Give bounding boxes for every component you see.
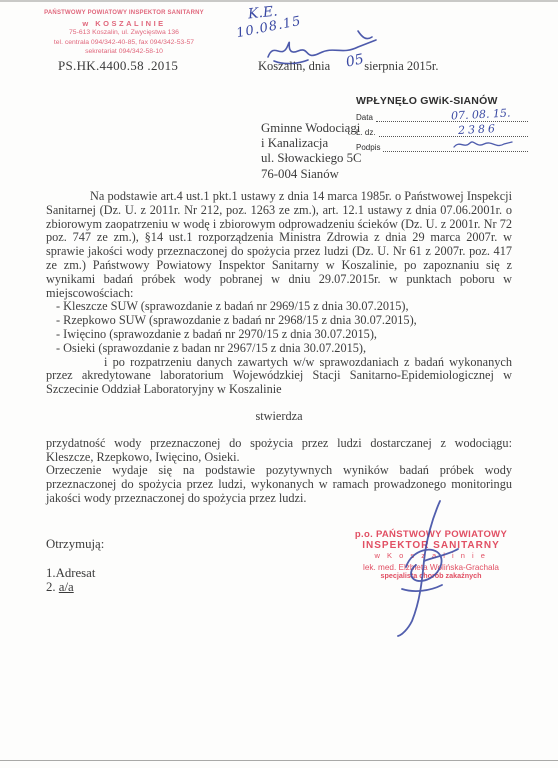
received-stamp-number-row: L. dz. 2386 (356, 128, 528, 137)
received-signature-scribble (452, 137, 514, 151)
sender-phone-fax: tel. centrala 094/342-40-85, fax 094/342… (33, 38, 215, 48)
aa-copy-mark: a/a (59, 580, 74, 594)
main-signature-scribble (372, 497, 482, 639)
scanned-letter-page: PAŃSTWOWY POWIATOWY INSPEKTOR SANITARNY … (0, 0, 558, 768)
received-stamp-signature-row: Podpis (356, 143, 528, 152)
date-suffix: sierpnia 2015r. (364, 59, 438, 73)
addressee-name-line1: Gminne Wodociągi (261, 121, 362, 136)
date-prefix: Koszalin, dnia (258, 59, 330, 73)
list-item-rzepkowo: Rzepkowo SUW (sprawozdanie z badań nr 29… (46, 314, 512, 328)
date-line: Koszalin, dniasierpnia 2015r. 05 (258, 59, 439, 74)
sender-city: w KOSZALINIE (33, 19, 215, 29)
distribution-heading: Otrzymują: (46, 537, 104, 552)
dotted-line (379, 128, 528, 137)
received-number-value: 2386 (458, 122, 499, 137)
received-stamp-title: WPŁYNĘŁO GWiK-SIANÓW (356, 95, 528, 107)
list-item-iwiecino: Iwięcino (sprawozdanie z badań nr 2970/1… (46, 328, 512, 342)
list-item-kleszcze: Kleszcze SUW (sprawozdanie z badań nr 29… (46, 300, 512, 314)
water-sample-report-list: Kleszcze SUW (sprawozdanie z badań nr 29… (46, 300, 512, 355)
list-item-osieki: Osieki (sprawozdanie z badan nr 2967/15 … (46, 342, 512, 356)
scan-edge-top (0, 0, 558, 2)
received-stamp-date-row: Data 07. 08. 15. (356, 113, 528, 122)
received-stamp: WPŁYNĘŁO GWiK-SIANÓW Data 07. 08. 15. L.… (356, 95, 528, 152)
distribution-item-2: 2. a/a (46, 580, 104, 595)
legal-basis-paragraph: Na podstawie art.4 ust.1 pkt.1 ustawy z … (46, 190, 512, 300)
sender-name: PAŃSTWOWY POWIATOWY INSPEKTOR SANITARNY (33, 9, 215, 19)
sender-address: 75-613 Koszalin, ul. Zwycięstwa 136 (33, 28, 215, 38)
laboratory-paragraph: i po rozpatrzeniu danych zawartych w/w s… (46, 356, 512, 397)
handwritten-day: 05 (345, 51, 366, 70)
distribution-item-1: 1.Adresat (46, 566, 104, 581)
addressee-name-line2: i Kanalizacja (261, 136, 362, 151)
suitability-statement: przydatność wody przeznaczonej do spożyc… (46, 437, 512, 465)
handwritten-annotation: K.E. 10.08.15 (236, 3, 386, 63)
letter-body: Na podstawie art.4 ust.1 pkt.1 ustawy z … (46, 190, 512, 506)
verdict-word: stwierdza (46, 410, 512, 424)
reference-number: PS.HK.4400.58 .2015 (58, 58, 178, 74)
scan-edge-bottom (0, 760, 558, 761)
addressee-street: ul. Słowackiego 5C (261, 151, 362, 166)
distribution-list: Otrzymują: 1.Adresat 2. a/a (46, 537, 104, 595)
addressee-postal-city: 76-004 Sianów (261, 167, 362, 182)
sender-header-stamp: PAŃSTWOWY POWIATOWY INSPEKTOR SANITARNY … (33, 9, 215, 57)
addressee-block: Gminne Wodociągi i Kanalizacja ul. Słowa… (261, 121, 362, 182)
sender-secretariat-phone: sekretariat 094/342-58-10 (33, 47, 215, 57)
